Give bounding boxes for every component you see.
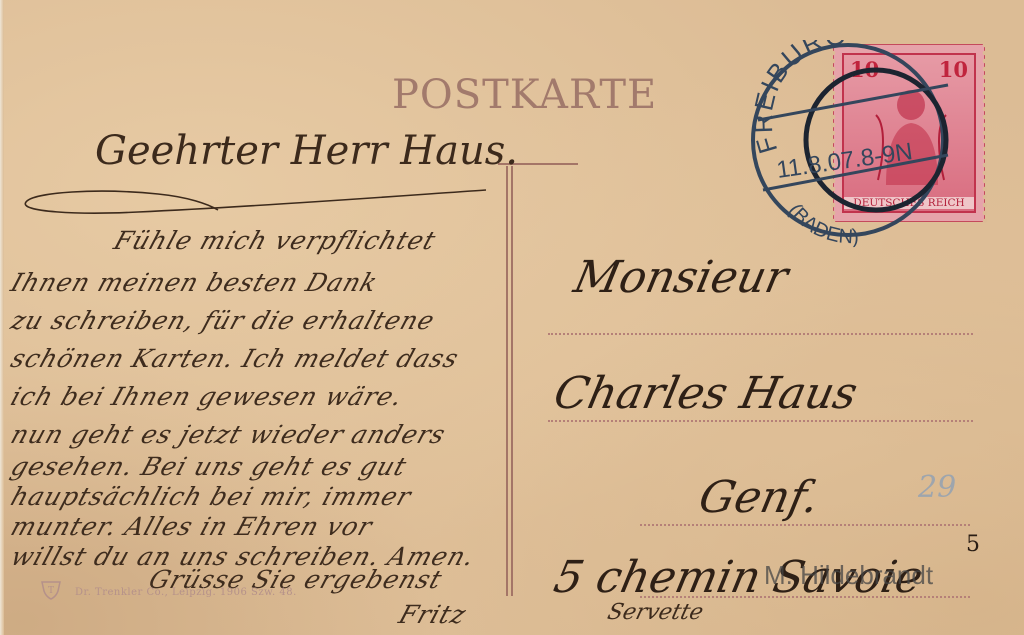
- address-dotted-line: [640, 596, 970, 598]
- postmark-date: 11.8.07.8-9N: [775, 138, 914, 184]
- postkarte-heading: POSTKARTE: [392, 72, 657, 118]
- svg-text:FREIBURG: FREIBURG: [748, 40, 849, 157]
- message-line: schönen Karten. Ich meldet dass: [7, 344, 463, 373]
- address-line-1: Monsieur: [570, 252, 793, 303]
- message-signature: Fritz: [395, 600, 470, 629]
- divider-vertical-inner: [511, 166, 513, 596]
- address-extra: Servette: [605, 600, 706, 625]
- message-line: munter. Alles in Ehren vor: [7, 512, 376, 541]
- address-dotted-line: [548, 333, 973, 335]
- publisher-imprint: Dr. Trenkler Co., Leipzig. 1906 Szw. 48.: [75, 587, 297, 598]
- svg-text:(BADEN): (BADEN): [784, 200, 860, 248]
- message-line: Ihnen meinen besten Dank: [7, 268, 382, 297]
- postmark-cancellation: FREIBURG 11.8.07.8-9N (BADEN): [748, 40, 958, 250]
- card-edge: [0, 0, 4, 635]
- message-line: gesehen. Bei uns geht es gut: [7, 452, 410, 481]
- address-dotted-line: [548, 420, 973, 422]
- stamp-perforation: [982, 41, 988, 225]
- message-line: ich bei Ihnen gewesen wäre.: [7, 382, 407, 411]
- address-line-2: Charles Haus: [550, 368, 862, 419]
- address-corner-number: 5: [966, 532, 980, 557]
- pencil-annotation: 29: [918, 470, 956, 505]
- message-salutation: Geehrter Herr Haus.: [95, 128, 518, 174]
- watermark-text: M. Hildebrandt: [764, 560, 933, 591]
- divider-vertical: [506, 166, 508, 596]
- postcard: POSTKARTE Geehrter Herr Haus. Fühle mich…: [0, 0, 1024, 635]
- message-line: Fühle mich verpflichtet: [110, 226, 440, 255]
- message-line: nun geht es jetzt wieder anders: [7, 420, 449, 449]
- svg-text:T: T: [48, 586, 54, 596]
- postmark-district: (BADEN): [784, 200, 860, 248]
- salutation-underline-flourish: [18, 182, 488, 217]
- address-dotted-line: [640, 524, 970, 526]
- address-line-3: Genf.: [695, 472, 824, 523]
- message-line: hauptsächlich bei mir, immer: [7, 482, 415, 511]
- publisher-logo-icon: T: [40, 579, 62, 601]
- message-line: zu schreiben, für die erhaltene: [7, 306, 439, 335]
- postmark-city: FREIBURG: [748, 40, 849, 157]
